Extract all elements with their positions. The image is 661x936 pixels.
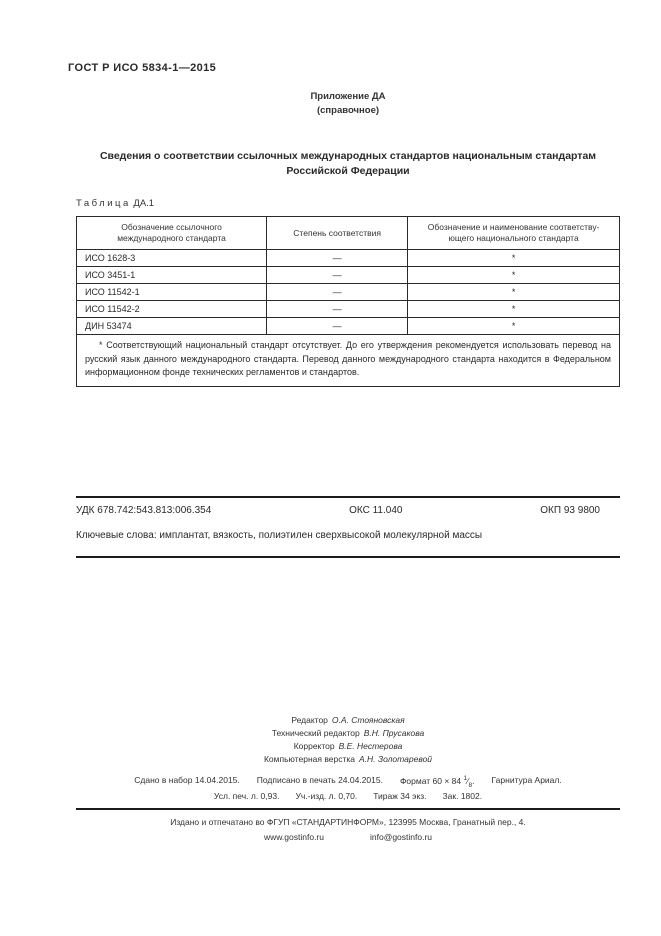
publisher-website: www.gostinfo.ru [264,832,324,842]
col-header-international-standard: Обозначение ссылочного международного ст… [77,217,267,250]
colophon-typeface: Гарнитура Ариал. [492,775,562,789]
annex-label: Приложение ДА [76,90,620,104]
cell-standard: ИСО 11542-2 [77,301,267,318]
credit-line-layout: Компьютерная версткаА.Н. Золотаревой [76,753,620,766]
col-header-national-standard: Обозначение и наименование соответству­ю… [408,217,620,250]
annex-heading: Приложение ДА (справочное) [76,90,620,118]
correspondence-table: Обозначение ссылочного международного ст… [76,216,620,387]
table-footnote-row: * Соответствующий национальный стандарт … [77,335,620,387]
colophon-line-2: Усл. печ. л. 0,93. Уч.-изд. л. 0,70. Тир… [76,791,620,801]
correspondence-table-wrap: Обозначение ссылочного международного ст… [76,216,620,387]
table-header-row: Обозначение ссылочного международного ст… [77,217,620,250]
table-row: ИСО 1628-3 — * [77,250,620,267]
colophon-order-number: Зак. 1802. [443,791,483,801]
annex-type: (справочное) [76,104,620,118]
keywords-line: Ключевые слова: имплантат, вязкость, пол… [76,530,620,541]
standard-number-header: ГОСТ Р ИСО 5834-1—2015 [68,62,620,74]
cell-degree: — [267,267,408,284]
cell-standard: ИСО 3451-1 [77,267,267,284]
section-title: Сведения о соответствии ссылочных междун… [76,149,620,179]
colophon-line-1: Сдано в набор 14.04.2015. Подписано в пе… [76,775,620,789]
format-fraction: 1⁄8 [464,775,473,789]
cell-degree: — [267,301,408,318]
table-caption-word: Таблица [76,198,131,209]
credit-line-technical-editor: Технический редакторВ.Н. Прусакова [76,727,620,740]
cell-national: * [408,318,620,335]
credit-line-editor: РедакторО.А. Стояновская [76,714,620,727]
horizontal-rule-bottom [76,808,620,810]
table-row: ИСО 3451-1 — * [77,267,620,284]
cell-standard: ДИН 53474 [77,318,267,335]
horizontal-rule-top [76,496,620,498]
format-text: Формат 60 × 84 [400,776,461,786]
credit-line-corrector: КорректорВ.Е. Нестерова [76,740,620,753]
credit-label: Редактор [291,715,328,725]
colophon-circulation: Тираж 34 экз. [373,791,426,801]
table-footnote: * Соответствующий национальный стандарт … [77,335,620,387]
section-title-line1: Сведения о соответствии ссылочных междун… [76,149,620,164]
cell-standard: ИСО 1628-3 [77,250,267,267]
cell-national: * [408,250,620,267]
cell-national: * [408,301,620,318]
cell-degree: — [267,250,408,267]
colophon-printed-sheets: Усл. печ. л. 0,93. [214,791,280,801]
col-header-degree: Степень соответствия [267,217,408,250]
table-row: ДИН 53474 — * [77,318,620,335]
credit-label: Компьютерная верстка [264,754,355,764]
credit-label: Корректор [294,741,335,751]
colophon-print-date: Подписано в печать 24.04.2015. [257,775,383,789]
credit-name: А.Н. Золотаревой [359,754,432,764]
table-row: ИСО 11542-2 — * [77,301,620,318]
publisher-contacts: www.gostinfo.ru info@gostinfo.ru [76,832,620,842]
horizontal-rule-middle [76,556,620,558]
cell-degree: — [267,318,408,335]
cell-national: * [408,267,620,284]
table-row: ИСО 11542-1 — * [77,284,620,301]
credit-name: О.А. Стояновская [332,715,405,725]
colophon-publisher-sheets: Уч.-изд. л. 0,70. [295,791,357,801]
page-content: ГОСТ Р ИСО 5834-1—2015 Приложение ДА (сп… [76,0,620,936]
classification-codes-row: УДК 678.742:543.813:006.354 ОКС 11.040 О… [76,505,620,516]
oks-code: ОКС 11.040 [349,505,402,516]
credit-name: В.Н. Прусакова [364,728,424,738]
credit-label: Технический редактор [272,728,360,738]
credit-name: В.Е. Нестерова [339,741,403,751]
editorial-credits: РедакторО.А. Стояновская Технический ред… [76,714,620,766]
udk-code: УДК 678.742:543.813:006.354 [76,505,211,516]
publisher-email: info@gostinfo.ru [370,832,432,842]
publisher-line: Издано и отпечатано во ФГУП «СТАНДАРТИНФ… [76,817,620,827]
okp-code: ОКП 93 9800 [540,505,600,516]
table-caption-number: ДА.1 [133,198,154,209]
table-caption: Таблица ДА.1 [76,198,620,209]
cell-standard: ИСО 11542-1 [77,284,267,301]
cell-degree: — [267,284,408,301]
document-page: ГОСТ Р ИСО 5834-1—2015 Приложение ДА (сп… [0,0,661,936]
colophon-format: Формат 60 × 84 1⁄8. [400,775,475,789]
colophon-typeset-date: Сдано в набор 14.04.2015. [134,775,240,789]
format-period: . [472,776,474,786]
cell-national: * [408,284,620,301]
section-title-line2: Российской Федерации [76,164,620,179]
